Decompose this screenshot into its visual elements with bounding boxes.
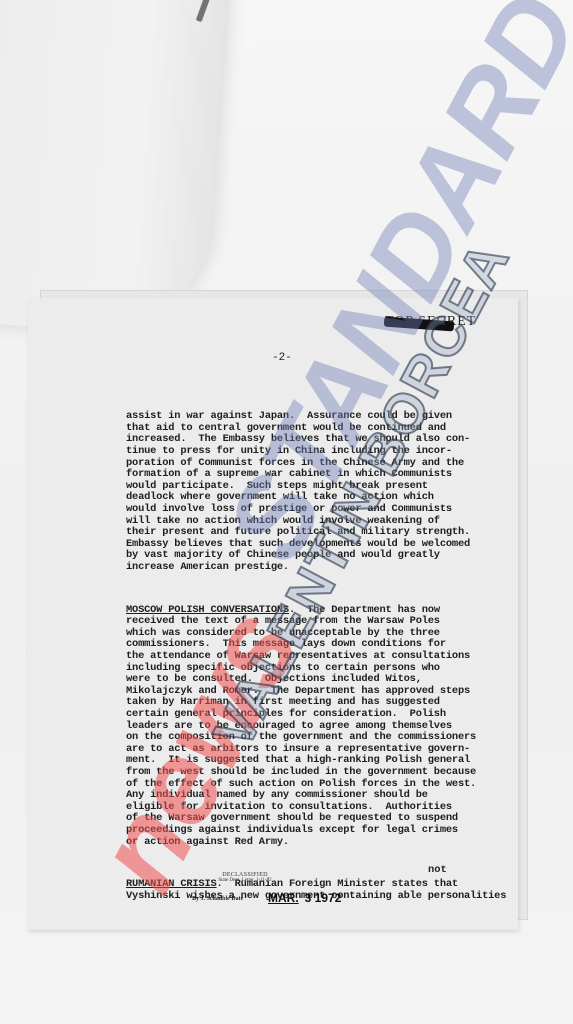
text-line: or action against Red Army. [126,837,506,849]
declass-date: MAR.3 1972 [268,891,341,905]
text-line: their present and future political and m… [126,527,506,539]
paragraph-moscow-polish: MOSCOW POLISH CONVERSATIONS. The Departm… [126,605,506,848]
text-line: formation of a supreme war cabinet in wh… [126,469,506,481]
text-line: increase American prestige. [126,562,506,574]
paragraph-china: assist in war against Japan. Assurance c… [126,411,506,573]
page-number: -2- [272,352,292,364]
text-line: from the west should be included in the … [126,767,506,779]
declass-day-year: 3 1972 [305,891,342,905]
continuation-word: not [428,864,447,876]
declass-authority: State Dept. Letter, 1-11-72 [190,878,300,883]
text-line: . The Department has now [289,604,440,616]
document-body: assist in war against Japan. Assurance c… [126,388,506,922]
text-line: tinue to press for unity in China includ… [126,446,506,458]
declass-month: MAR. [268,891,299,905]
text-line: the attendance of Warsaw representatives… [126,651,506,663]
declass-by: By J. Schauble Date [192,896,243,902]
text-line: proceedings against individuals except f… [126,825,506,837]
section-heading: MOSCOW POLISH CONVERSATIONS [126,604,289,616]
text-line: would involve loss of prestige or power … [126,504,506,516]
declassification-stamp: DECLASSIFIED State Dept. Letter, 1-11-72 [190,872,300,883]
text-line: certain general principles for considera… [126,709,506,721]
